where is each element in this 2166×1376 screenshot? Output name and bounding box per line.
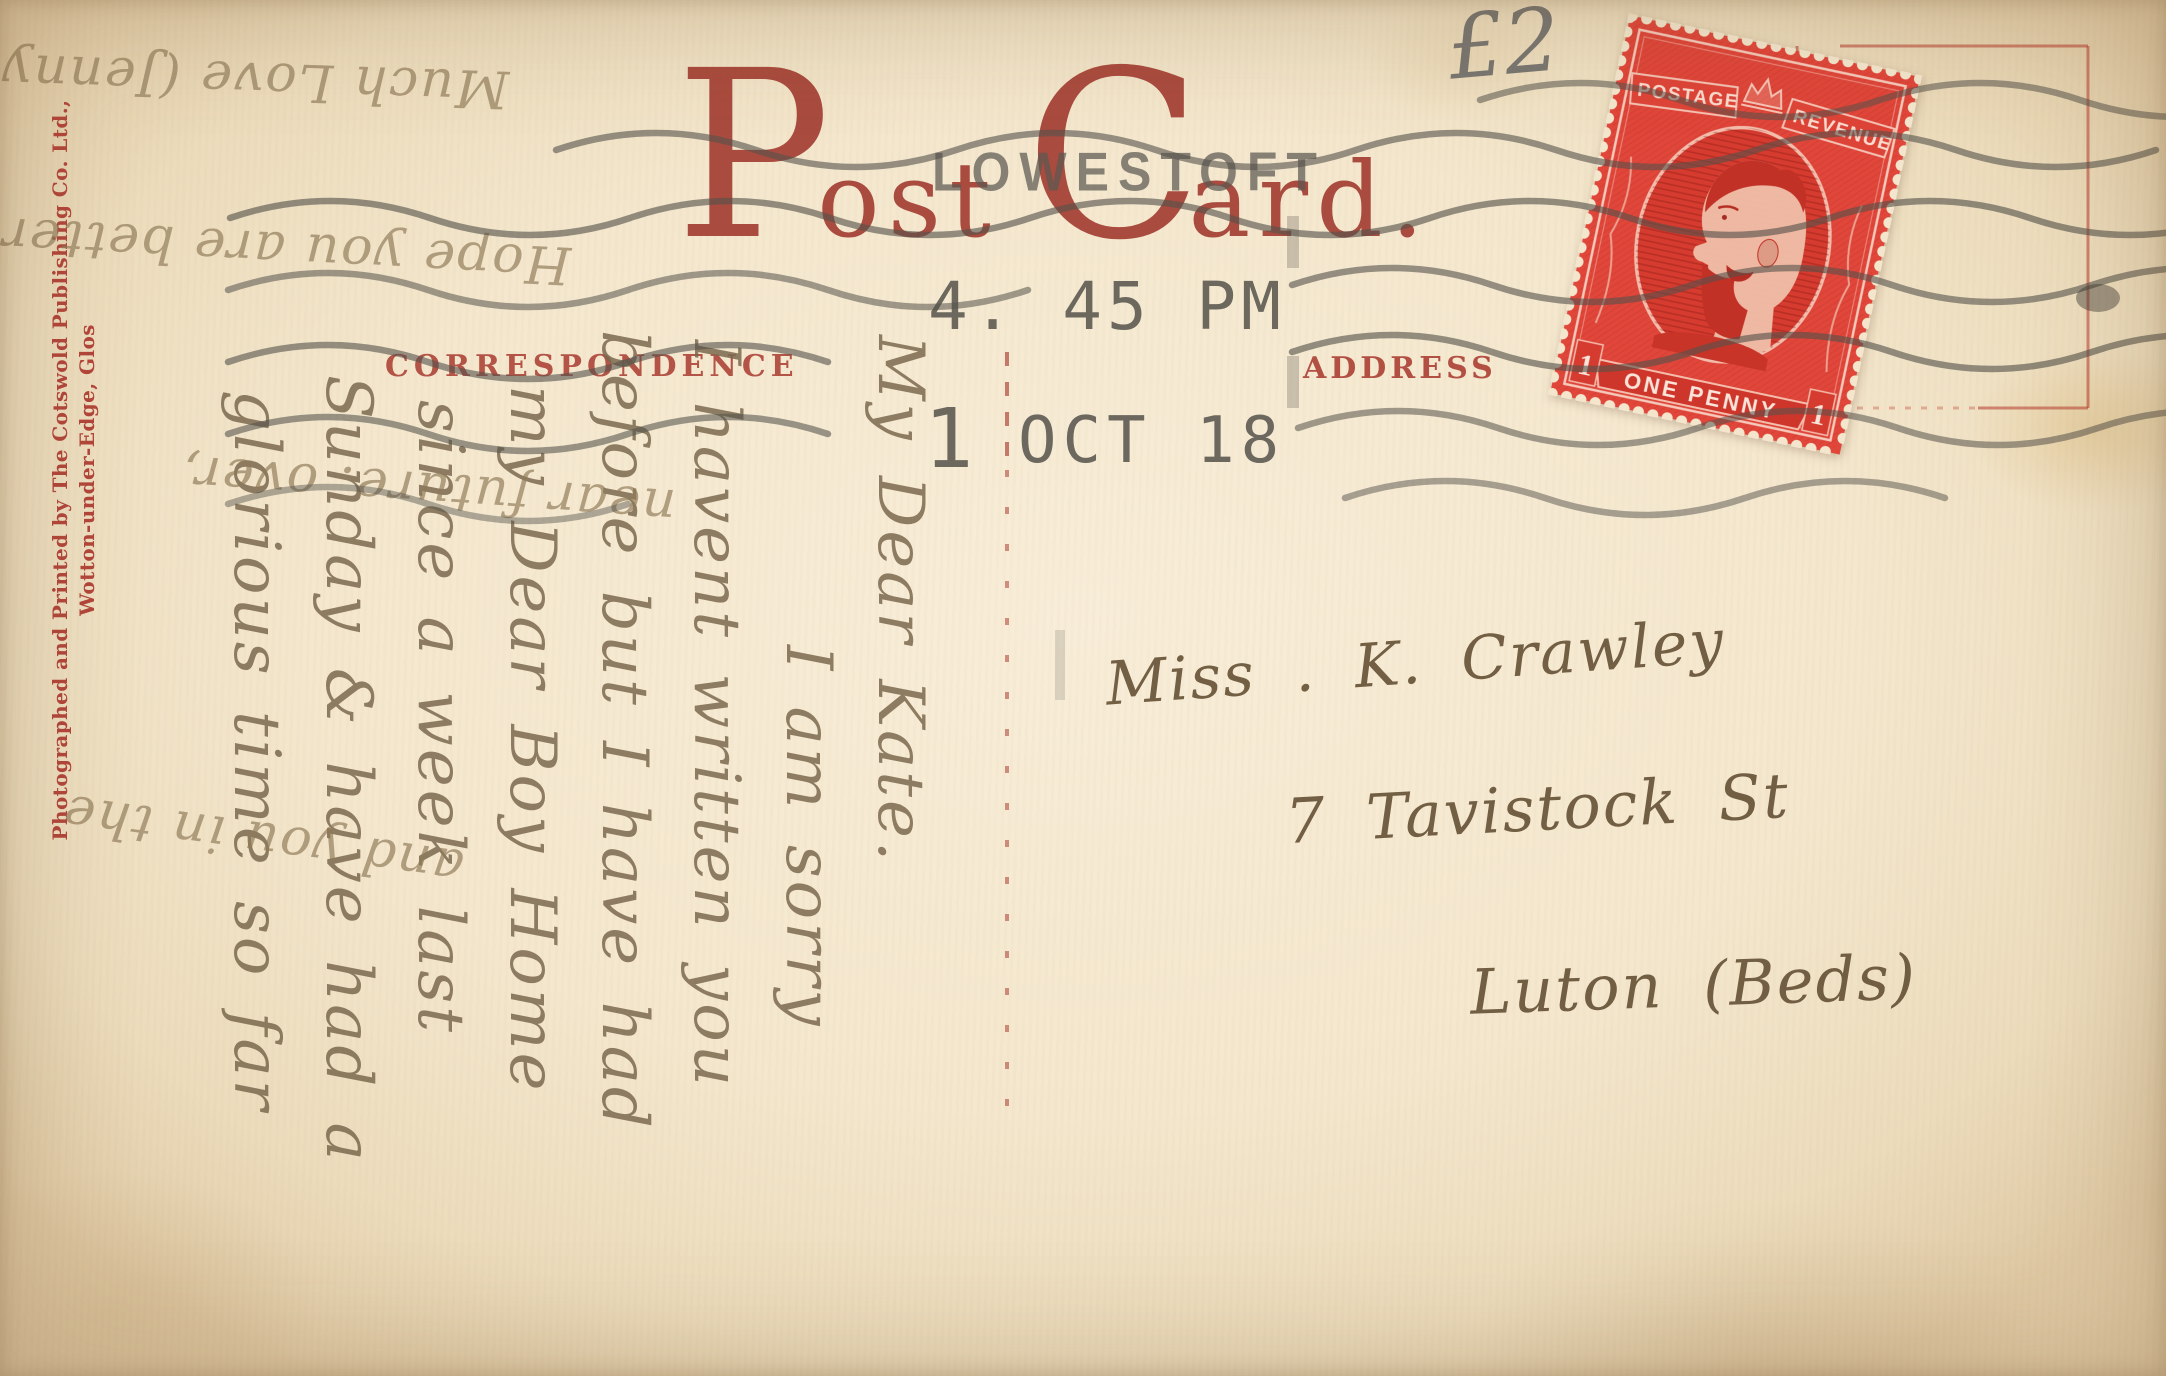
postmark-time: 4. 45 PM <box>928 268 1286 345</box>
address-line: 7 Tavistock St <box>1283 759 1791 858</box>
flipped-line: Much Love (Jenny <box>0 41 510 119</box>
postmark-day: 1 <box>924 392 973 487</box>
postmark-date: OCT 18 <box>1018 404 1285 478</box>
postage-stamp: POSTAGE REVENUE <box>1548 13 1923 457</box>
address-line: Miss . K. Crawley <box>1103 606 1727 719</box>
pencil-price-note: £2 <box>1444 0 1565 100</box>
flipped-line: and you in the <box>58 782 467 898</box>
postmark-town: LOWESTOFT <box>932 140 1326 204</box>
message-continuation-upside-down: and you in the near future. over, Hope y… <box>0 0 950 900</box>
flipped-line: Hope you are better <box>0 205 572 295</box>
address-label: ADDRESS <box>1303 351 1497 386</box>
address-line: Luton (Beds) <box>1469 940 1918 1029</box>
flipped-line: near future. over, <box>179 443 678 537</box>
postcard-back: Photographed and Printed by The Cotswold… <box>0 0 2166 1376</box>
